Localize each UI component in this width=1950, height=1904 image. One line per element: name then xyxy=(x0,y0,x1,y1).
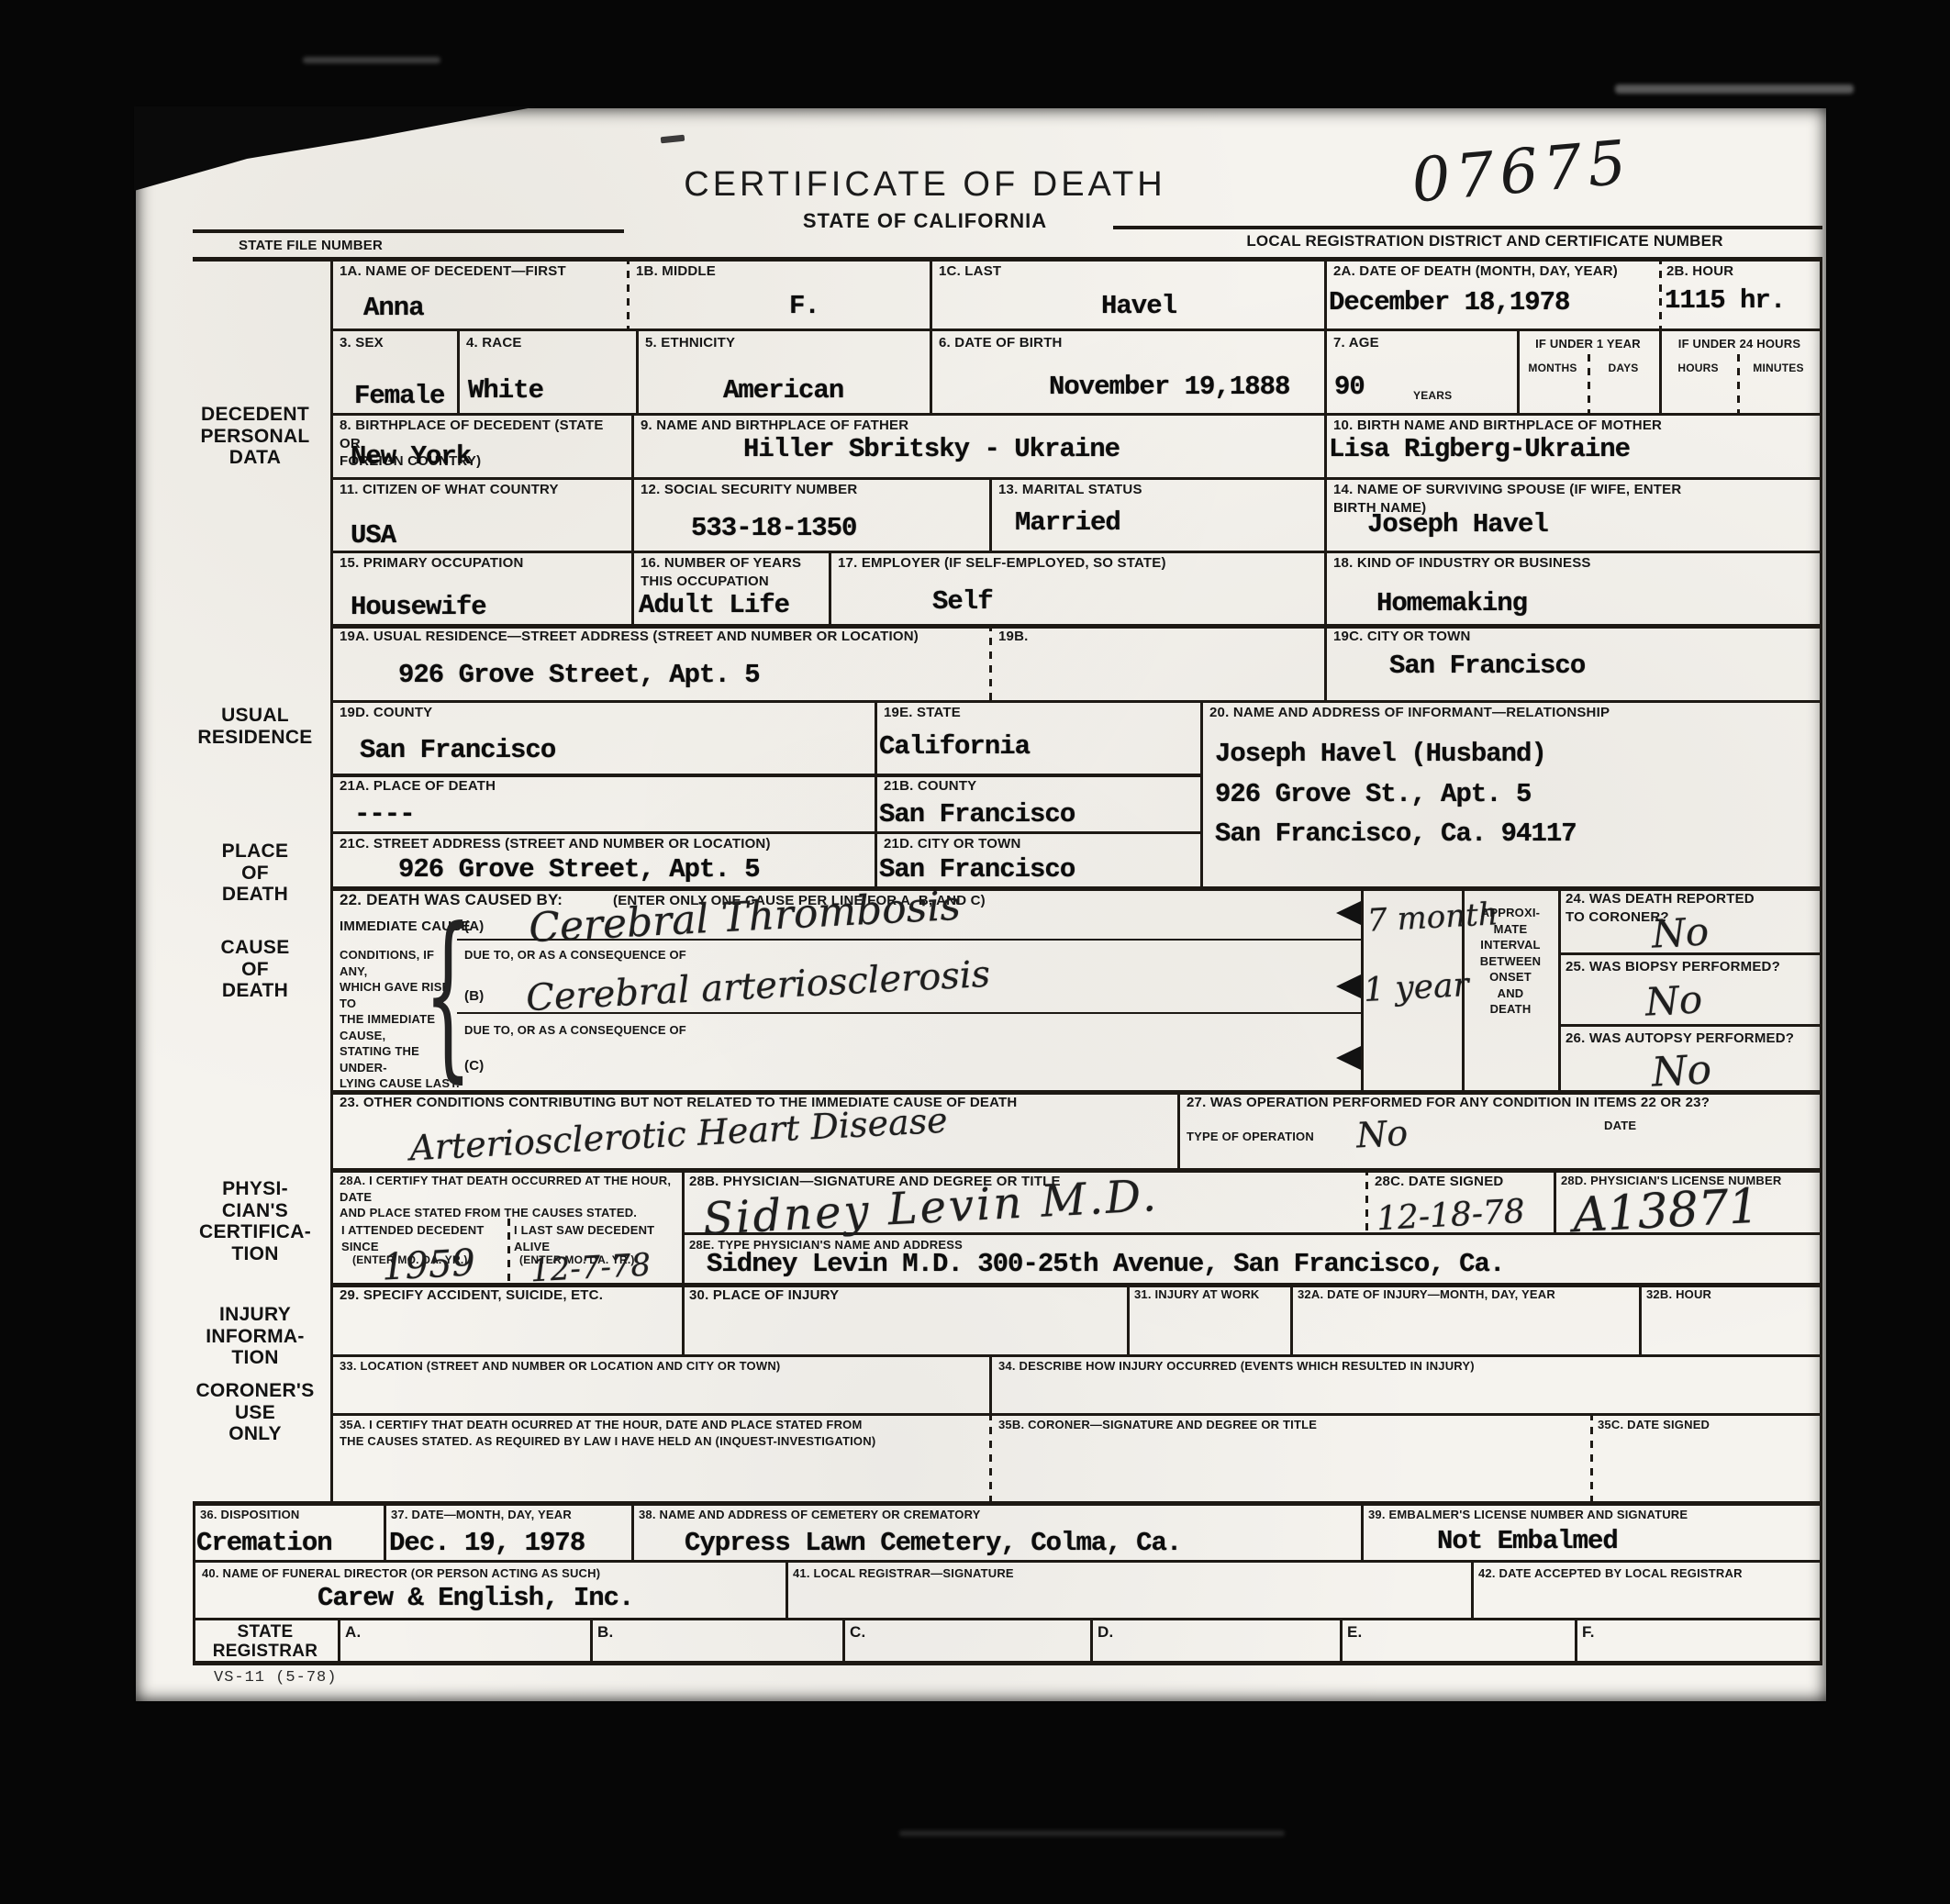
arrow-left-icon xyxy=(1336,901,1361,925)
field-7-unit-label: YEARS xyxy=(1413,389,1452,404)
scan-mark-artifact xyxy=(661,135,685,144)
field-15-label: 15. PRIMARY OCCUPATION xyxy=(340,554,524,573)
type-of-operation-label: TYPE OF OPERATION xyxy=(1187,1129,1314,1145)
field-19d-label: 19D. COUNTY xyxy=(340,704,432,722)
grid-line xyxy=(507,1219,510,1283)
grid-line xyxy=(989,624,992,700)
field-28d-handwritten-value: A13871 xyxy=(1572,1179,1761,1244)
field-31-label: 31. INJURY AT WORK xyxy=(1134,1286,1286,1303)
certificate-title: CERTIFICATE OF DEATH xyxy=(650,167,1200,202)
field-7-label: 7. AGE xyxy=(1333,334,1379,352)
field-2b-value: 1115 hr. xyxy=(1665,281,1785,321)
field-23-label: 23. OTHER CONDITIONS CONTRIBUTING BUT NO… xyxy=(340,1094,1165,1112)
grid-line xyxy=(330,413,1822,416)
arrow-left-icon xyxy=(1336,1046,1361,1070)
grid-line xyxy=(1361,1501,1364,1560)
scan-corner-artifact xyxy=(134,106,538,191)
hours-label: HOURS xyxy=(1661,362,1735,376)
field-18-label: 18. KIND OF INDUSTRY OR BUSINESS xyxy=(1333,554,1591,573)
field-32b-label: 32B. HOUR xyxy=(1646,1286,1711,1303)
field-1c-value: Havel xyxy=(1101,286,1176,327)
field-39-value: Not Embalmed xyxy=(1437,1521,1618,1562)
scanned-document-stage: CERTIFICATE OF DEATH STATE OF CALIFORNIA… xyxy=(0,0,1950,1904)
grid-line xyxy=(1639,1283,1642,1354)
field-1a-label: 1A. NAME OF DECEDENT—FIRST xyxy=(340,262,566,281)
field-19a-label: 19A. USUAL RESIDENCE—STREET ADDRESS (STR… xyxy=(340,628,919,646)
field-2a-label: 2A. DATE OF DEATH (MONTH, DAY, YEAR) xyxy=(1333,262,1618,281)
cause-b-handwritten-value: Cerebral arteriosclerosis xyxy=(525,953,991,1019)
grid-line xyxy=(786,1560,788,1618)
grid-line xyxy=(829,551,831,624)
grid-line xyxy=(1290,1283,1293,1354)
grid-line xyxy=(330,1413,1822,1416)
local-registration-label: LOCAL REGISTRATION DISTRICT AND CERTIFIC… xyxy=(1136,231,1833,251)
field-1b-value: F. xyxy=(789,286,819,327)
minutes-label: MINUTES xyxy=(1739,362,1818,376)
grid-line xyxy=(989,477,992,551)
scan-streak-artifact xyxy=(899,1831,1285,1836)
field-21c-value: 926 Grove Street, Apt. 5 xyxy=(398,850,760,890)
field-11-label: 11. CITIZEN OF WHAT COUNTRY xyxy=(340,481,559,499)
field-37-label: 37. DATE—MONTH, DAY, YEAR xyxy=(391,1507,572,1523)
grid-line xyxy=(930,257,932,413)
field-36-label: 36. DISPOSITION xyxy=(200,1507,299,1523)
grid-line xyxy=(631,1501,634,1560)
field-35a-label: 35A. I CERTIFY THAT DEATH OCURRED AT THE… xyxy=(340,1417,982,1449)
grid-line xyxy=(193,1501,1822,1506)
field-27-handwritten-value: No xyxy=(1355,1113,1409,1156)
grid-line xyxy=(1200,700,1203,886)
form-number: VS-11 (5-78) xyxy=(214,1670,337,1686)
grid-line xyxy=(193,1661,1822,1665)
grid-line xyxy=(590,1618,593,1661)
months-label: MONTHS xyxy=(1519,362,1587,376)
field-19d-value: San Francisco xyxy=(360,730,555,771)
grid-line xyxy=(330,477,1822,480)
field-25-handwritten-value: No xyxy=(1644,976,1704,1024)
field-13-label: 13. MARITAL STATUS xyxy=(998,481,1142,499)
field-5-label: 5. ETHNICITY xyxy=(645,334,735,352)
grid-line xyxy=(1558,886,1561,1090)
cause-line-a-label: (A) xyxy=(464,918,484,936)
grid-line xyxy=(682,1168,685,1283)
field-10-value: Lisa Rigberg-Ukraine xyxy=(1329,429,1630,470)
field-17-label: 17. EMPLOYER (IF SELF-EMPLOYED, SO STATE… xyxy=(838,554,1166,573)
cause-line-c-label: (C) xyxy=(464,1057,484,1075)
grid-line xyxy=(193,1501,195,1661)
grid-line xyxy=(330,551,1822,553)
grid-line xyxy=(384,1501,386,1560)
registrar-cell-b-label: B. xyxy=(597,1622,613,1642)
section-label-residence: USUAL RESIDENCE xyxy=(182,705,329,748)
section-label-decedent: DECEDENT PERSONAL DATA xyxy=(182,404,329,469)
field-36-value: Cremation xyxy=(196,1523,332,1564)
field-37-value: Dec. 19, 1978 xyxy=(389,1523,585,1564)
field-38-value: Cypress Lawn Cemetery, Colma, Ca. xyxy=(685,1523,1181,1564)
cause-a-handwritten-value: Cerebral Thrombosis xyxy=(528,883,962,952)
field-1c-label: 1C. LAST xyxy=(939,262,1001,281)
interval-b-handwritten-value: 1 year xyxy=(1363,966,1470,1009)
field-28e-value: Sidney Levin M.D. 300-25th Avenue, San F… xyxy=(707,1244,1504,1285)
field-2a-value: December 18,1978 xyxy=(1329,283,1569,323)
field-7-value: 90 xyxy=(1334,367,1365,407)
field-39-label: 39. EMBALMER'S LICENSE NUMBER AND SIGNAT… xyxy=(1368,1507,1688,1523)
registrar-cell-c-label: C. xyxy=(850,1622,865,1642)
grid-line xyxy=(636,328,639,413)
field-17-value: Self xyxy=(932,582,993,622)
grid-line xyxy=(1554,1168,1556,1232)
registrar-cell-e-label: E. xyxy=(1347,1622,1362,1642)
if-under-24-hours-label: IF UNDER 24 HOURS xyxy=(1661,336,1818,352)
field-18-value: Homemaking xyxy=(1376,584,1527,624)
field-11-value: USA xyxy=(351,516,396,556)
grid-line xyxy=(682,1283,685,1354)
due-to-label: DUE TO, OR AS A CONSEQUENCE OF xyxy=(464,1022,686,1039)
grid-line xyxy=(1471,1560,1474,1618)
grid-line xyxy=(193,257,1822,262)
grid-line xyxy=(1659,257,1662,328)
cause-line-b-label: (B) xyxy=(464,987,484,1006)
field-5-value: American xyxy=(723,371,843,411)
grid-line xyxy=(330,328,1822,331)
field-41-label: 41. LOCAL REGISTRAR—SIGNATURE xyxy=(793,1565,1014,1582)
field-32a-label: 32A. DATE OF INJURY—MONTH, DAY, YEAR xyxy=(1298,1286,1632,1303)
operation-date-label: DATE xyxy=(1604,1118,1636,1134)
field-15-value: Housewife xyxy=(351,587,486,628)
field-26-handwritten-value: No xyxy=(1651,1046,1713,1096)
approximate-interval-label: APPROXI- MATE INTERVAL BETWEEN ONSET AND… xyxy=(1465,905,1555,1018)
grid-line xyxy=(1365,1168,1368,1232)
field-29-label: 29. SPECIFY ACCIDENT, SUICIDE, ETC. xyxy=(340,1286,603,1305)
field-20-value: Joseph Havel (Husband) 926 Grove St., Ap… xyxy=(1215,734,1577,854)
arrow-left-icon xyxy=(1336,974,1361,998)
field-25-label: 25. WAS BIOPSY PERFORMED? xyxy=(1566,958,1818,976)
grid-line xyxy=(631,413,634,624)
field-1b-label: 1B. MIDDLE xyxy=(636,262,716,281)
field-28c-label: 28C. DATE SIGNED xyxy=(1375,1173,1503,1191)
scan-streak-artifact xyxy=(1615,84,1854,94)
field-24-handwritten-value: No xyxy=(1651,908,1710,956)
field-6-value: November 19,1888 xyxy=(1049,367,1289,407)
field-4-value: White xyxy=(468,371,543,411)
state-file-number-label: STATE FILE NUMBER xyxy=(239,237,383,255)
grid-line xyxy=(1090,1618,1093,1661)
certificate-number-handwritten: 07675 xyxy=(1409,118,1725,216)
grid-line xyxy=(330,700,1822,703)
grid-line xyxy=(1558,1024,1822,1027)
grid-line xyxy=(338,1618,340,1661)
field-3-value: Female xyxy=(354,376,444,417)
field-21b-label: 21B. COUNTY xyxy=(884,777,976,796)
grid-line xyxy=(330,1354,1822,1357)
field-19e-value: California xyxy=(879,727,1030,767)
field-3-label: 3. SEX xyxy=(340,334,384,352)
field-42-label: 42. DATE ACCEPTED BY LOCAL REGISTRAR xyxy=(1478,1565,1743,1582)
grid-line xyxy=(989,1413,992,1501)
field-21a-value: ---- xyxy=(354,795,415,835)
grid-line xyxy=(330,257,333,1501)
grid-line xyxy=(1127,1283,1130,1354)
section-label-place-of-death: PLACE OF DEATH xyxy=(182,841,329,906)
field-1a-value: Anna xyxy=(363,288,424,328)
grid-line xyxy=(457,328,460,413)
registrar-cell-f-label: F. xyxy=(1582,1622,1595,1642)
field-19a-value: 926 Grove Street, Apt. 5 xyxy=(398,655,760,696)
field-19b-label: 19B. xyxy=(998,628,1029,646)
section-label-state-registrar: STATE REGISTRAR xyxy=(196,1622,334,1662)
field-35b-label: 35B. CORONER—SIGNATURE AND DEGREE OR TIT… xyxy=(998,1417,1586,1433)
grid-line xyxy=(1820,257,1822,1661)
field-4-label: 4. RACE xyxy=(466,334,522,352)
field-19c-label: 19C. CITY OR TOWN xyxy=(1333,628,1471,646)
scan-streak-artifact xyxy=(303,57,440,63)
grid-line xyxy=(1340,1618,1343,1661)
field-30-label: 30. PLACE OF INJURY xyxy=(689,1286,839,1305)
field-12-label: 12. SOCIAL SECURITY NUMBER xyxy=(641,481,857,499)
grid-line xyxy=(1575,1618,1577,1661)
section-label-injury: INJURY INFORMA- TION xyxy=(182,1304,329,1369)
grid-line xyxy=(1590,1413,1593,1501)
grid-line xyxy=(1177,1090,1180,1168)
field-28c-handwritten-value: 12-18-78 xyxy=(1376,1193,1526,1238)
field-8-value: New York xyxy=(351,437,471,477)
grid-line xyxy=(842,1618,845,1661)
field-21a-label: 21A. PLACE OF DEATH xyxy=(340,777,496,796)
grid-line xyxy=(989,1354,992,1413)
last-saw-handwritten-value: 12-7-78 xyxy=(529,1247,652,1290)
field-27-label: 27. WAS OPERATION PERFORMED FOR ANY COND… xyxy=(1187,1094,1811,1112)
field-21b-value: San Francisco xyxy=(879,795,1075,835)
field-12-value: 533-18-1350 xyxy=(691,508,856,549)
field-13-value: Married xyxy=(1015,503,1120,543)
field-19e-label: 19E. STATE xyxy=(884,704,961,722)
field-16-value: Adult Life xyxy=(639,585,789,626)
grid-line xyxy=(627,257,630,328)
grid-line xyxy=(875,700,877,886)
field-34-label: 34. DESCRIBE HOW INJURY OCCURRED (EVENTS… xyxy=(998,1358,1815,1375)
section-label-coroner: CORONER'S USE ONLY xyxy=(182,1380,329,1445)
field-40-value: Carew & English, Inc. xyxy=(318,1578,633,1619)
attended-since-handwritten-value: 1959 xyxy=(381,1241,476,1288)
grid-line xyxy=(1324,257,1327,700)
field-28a-label: 28A. I CERTIFY THAT DEATH OCCURRED AT TH… xyxy=(340,1173,679,1221)
field-19c-value: San Francisco xyxy=(1389,646,1585,686)
if-under-1-year-label: IF UNDER 1 YEAR xyxy=(1519,336,1657,352)
days-label: DAYS xyxy=(1589,362,1657,376)
certificate-page: CERTIFICATE OF DEATH STATE OF CALIFORNIA… xyxy=(136,108,1826,1701)
field-33-label: 33. LOCATION (STREET AND NUMBER OR LOCAT… xyxy=(340,1358,982,1375)
grid-line xyxy=(193,229,624,233)
field-6-label: 6. DATE OF BIRTH xyxy=(939,334,1063,352)
field-26-label: 26. WAS AUTOPSY PERFORMED? xyxy=(1566,1030,1818,1048)
due-to-label: DUE TO, OR AS A CONSEQUENCE OF xyxy=(464,947,686,963)
field-2b-label: 2B. HOUR xyxy=(1666,262,1733,281)
section-label-physician: PHYSI- CIAN'S CERTIFICA- TION xyxy=(182,1178,329,1264)
field-38-label: 38. NAME AND ADDRESS OF CEMETERY OR CREM… xyxy=(639,1507,981,1523)
registrar-cell-d-label: D. xyxy=(1098,1622,1113,1642)
section-label-cause-of-death: CAUSE OF DEATH xyxy=(182,937,329,1002)
field-20-label: 20. NAME AND ADDRESS OF INFORMANT—RELATI… xyxy=(1209,704,1610,722)
field-21d-value: San Francisco xyxy=(879,850,1075,890)
field-14-value: Joseph Havel xyxy=(1367,505,1548,545)
field-9-value: Hiller Sbritsky - Ukraine xyxy=(743,429,1120,470)
field-35c-label: 35C. DATE SIGNED xyxy=(1598,1417,1710,1433)
registrar-cell-a-label: A. xyxy=(345,1622,361,1642)
grid-line xyxy=(1113,226,1822,229)
